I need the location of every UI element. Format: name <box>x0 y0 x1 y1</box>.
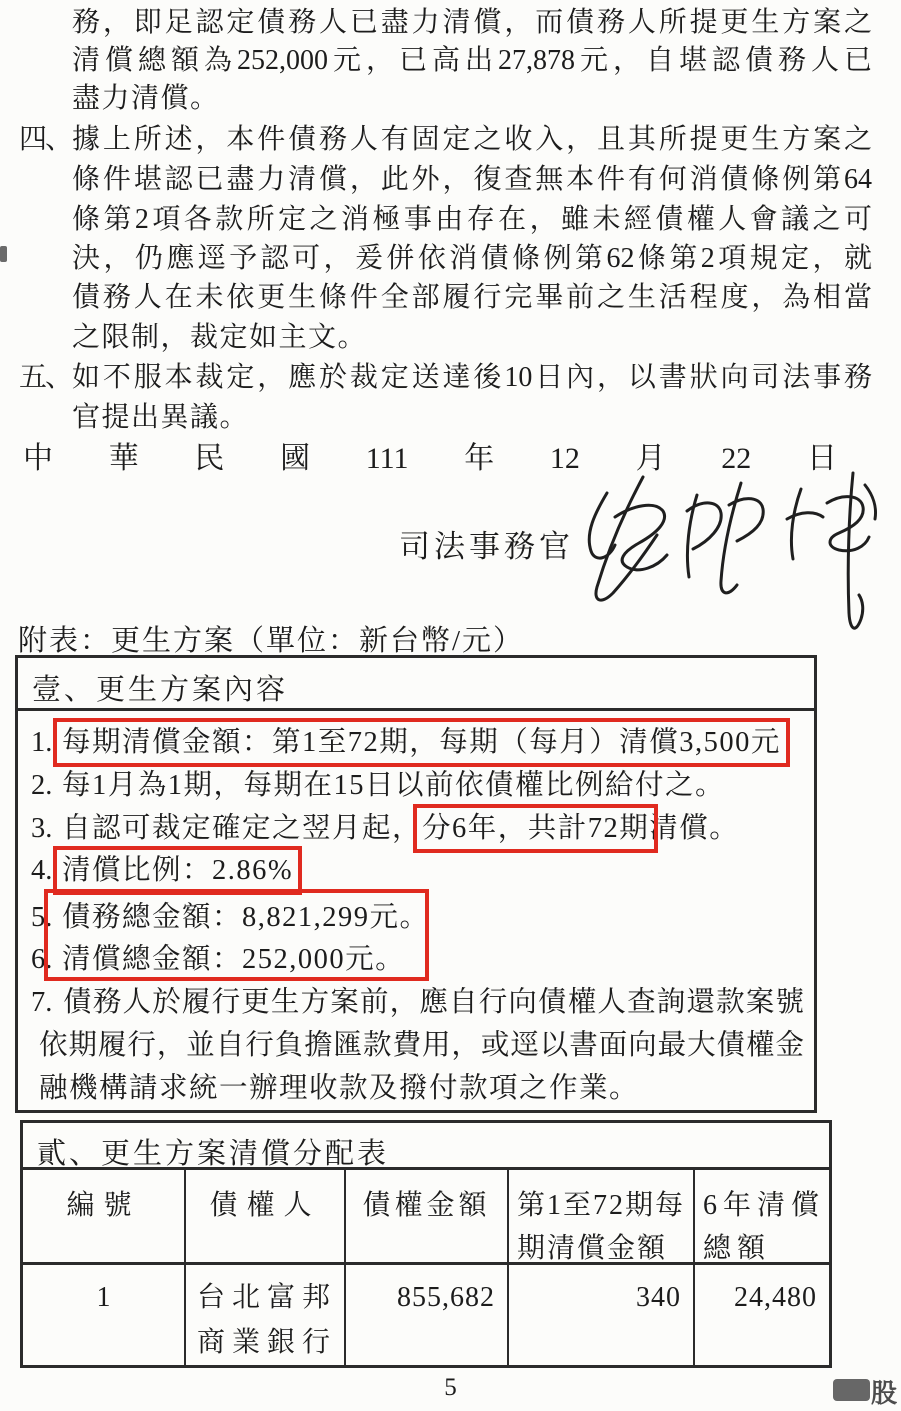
scan-artifact <box>0 246 7 262</box>
item-text: 清償。 <box>649 813 739 844</box>
body-line: 如不服本裁定，應於裁定送達後10日內，以書狀向司法事務 <box>72 362 872 394</box>
list-marker-4: 四、 <box>19 124 77 156</box>
plan-item-7-cont: 依期履行，並自行負擔匯款費用，或逕以書面向最大債權金 <box>39 1030 804 1061</box>
plan-item-5: 5.債務總金額：8,821,299元。 <box>31 902 804 933</box>
body-line: 盡力清償。 <box>72 83 872 115</box>
plan-item-1: 1.每期清償金額：第1至72期，每期（每月）清償3,500元 <box>31 727 804 758</box>
plan-item-7: 7.債務人於履行更生方案前，應自行向債權人查詢還款案號 <box>31 987 804 1018</box>
body-line: 官提出異議。 <box>72 402 872 434</box>
body-line: 之限制，裁定如主文。 <box>72 322 872 354</box>
date-part: 國 <box>280 442 310 476</box>
plan-item-2: 2.每1月為1期，每期在15日以前依債權比例給付之。 <box>31 770 804 801</box>
item-text: 清償總金額：252,000元。 <box>62 944 405 975</box>
body-line: 條第2項各款所定之消極事由存在，雖未經債權人會議之可 <box>72 204 872 236</box>
attachment-caption: 附表：更生方案（單位：新台幣/元） <box>18 618 524 659</box>
highlighted-text: 分6年，共計72期 <box>422 813 649 844</box>
date-part: 中 <box>23 442 53 476</box>
body-line: 條件堪認已盡力清償，此外，復查無本件有何消債條例第64 <box>72 164 872 196</box>
officer-signature <box>565 455 900 650</box>
column-header-six-year-total: 6年清償總額 <box>695 1170 829 1265</box>
plan-item-6: 6.清償總金額：252,000元。 <box>31 944 804 975</box>
item-number: 5. <box>31 902 62 933</box>
body-line: 據上所述，本件債務人有固定之收入，且其所提更生方案之 <box>72 124 872 156</box>
plan-item-4: 4.清償比例：2.86% <box>31 855 804 886</box>
column-header-claim-amount: 債權金額 <box>346 1170 509 1265</box>
date-year: 111 <box>366 442 409 476</box>
list-marker-5: 五、 <box>19 362 77 394</box>
cell-creditor: 台北富邦商業銀行 <box>186 1265 346 1365</box>
item-number: 1. <box>31 727 62 758</box>
table-divider <box>18 708 814 711</box>
date-part: 民 <box>194 442 224 476</box>
column-header-creditor: 債權人 <box>186 1170 346 1265</box>
item-number: 3. <box>31 813 62 844</box>
redaction-stamp-box <box>833 1379 870 1401</box>
date-part: 華 <box>109 442 139 476</box>
plan-item-3: 3.自認可裁定確定之翌月起，分6年，共計72期清償。 <box>31 813 804 844</box>
item-text: 融機構請求統一辦理收款及撥付款項之作業。 <box>39 1073 639 1104</box>
officer-title: 司法事務官 <box>399 521 574 566</box>
distribution-table: 貳、更生方案清償分配表 編號 債權人 債權金額 第1至72期每期清償金額 6年清… <box>20 1120 832 1368</box>
item-text: 自認可裁定確定之翌月起， <box>62 813 422 844</box>
cell-six-year-total: 24,480 <box>695 1265 829 1365</box>
item-text: 債務總金額：8,821,299元。 <box>62 902 430 933</box>
item-number: 6. <box>31 944 62 975</box>
court-ruling-page: 四、 五、 務，即足認定債務人已盡力清償，而債務人所提更生方案之 清償總額為25… <box>0 0 901 1411</box>
date-part: 年 <box>464 442 494 476</box>
distribution-table-title: 貳、更生方案清償分配表 <box>23 1123 829 1170</box>
body-line: 清償總額為252,000元，已高出27,878元，自堪認債務人已 <box>72 45 872 77</box>
plan-table-title: 壹、更生方案內容 <box>32 667 288 708</box>
column-header-per-period: 第1至72期每期清償金額 <box>509 1170 695 1265</box>
item-text: 依期履行，並自行負擔匯款費用，或逕以書面向最大債權金 <box>39 1030 804 1061</box>
plan-content-table: 壹、更生方案內容 1.每期清償金額：第1至72期，每期（每月）清償3,500元 … <box>15 655 817 1113</box>
cell-row-no: 1 <box>23 1265 186 1365</box>
cell-claim-amount: 855,682 <box>346 1265 509 1365</box>
body-line: 債務人在未依更生條件全部履行完畢前之生活程度，為相當 <box>72 282 872 314</box>
page-number: 5 <box>0 1374 901 1402</box>
item-number: 2. <box>31 770 62 801</box>
cell-per-period-amount: 340 <box>509 1265 695 1365</box>
item-text: 每1月為1期，每期在15日以前依債權比例給付之。 <box>62 770 725 801</box>
item-number: 4. <box>31 855 62 886</box>
stamp-label: 股 <box>871 1373 897 1410</box>
highlighted-text: 清償比例：2.86% <box>62 855 293 886</box>
body-line: 務，即足認定債務人已盡力清償，而債務人所提更生方案之 <box>72 7 872 39</box>
plan-item-7-cont: 融機構請求統一辦理收款及撥付款項之作業。 <box>39 1073 804 1104</box>
item-text: 債務人於履行更生方案前，應自行向債權人查詢還款案號 <box>62 987 804 1018</box>
column-header-no: 編號 <box>23 1170 186 1265</box>
body-line: 決，仍應逕予認可，爰併依消債條例第62條第2項規定，就 <box>72 243 872 275</box>
highlighted-text: 每期清償金額：第1至72期，每期（每月）清償3,500元 <box>62 727 781 758</box>
item-number: 7. <box>31 987 62 1018</box>
